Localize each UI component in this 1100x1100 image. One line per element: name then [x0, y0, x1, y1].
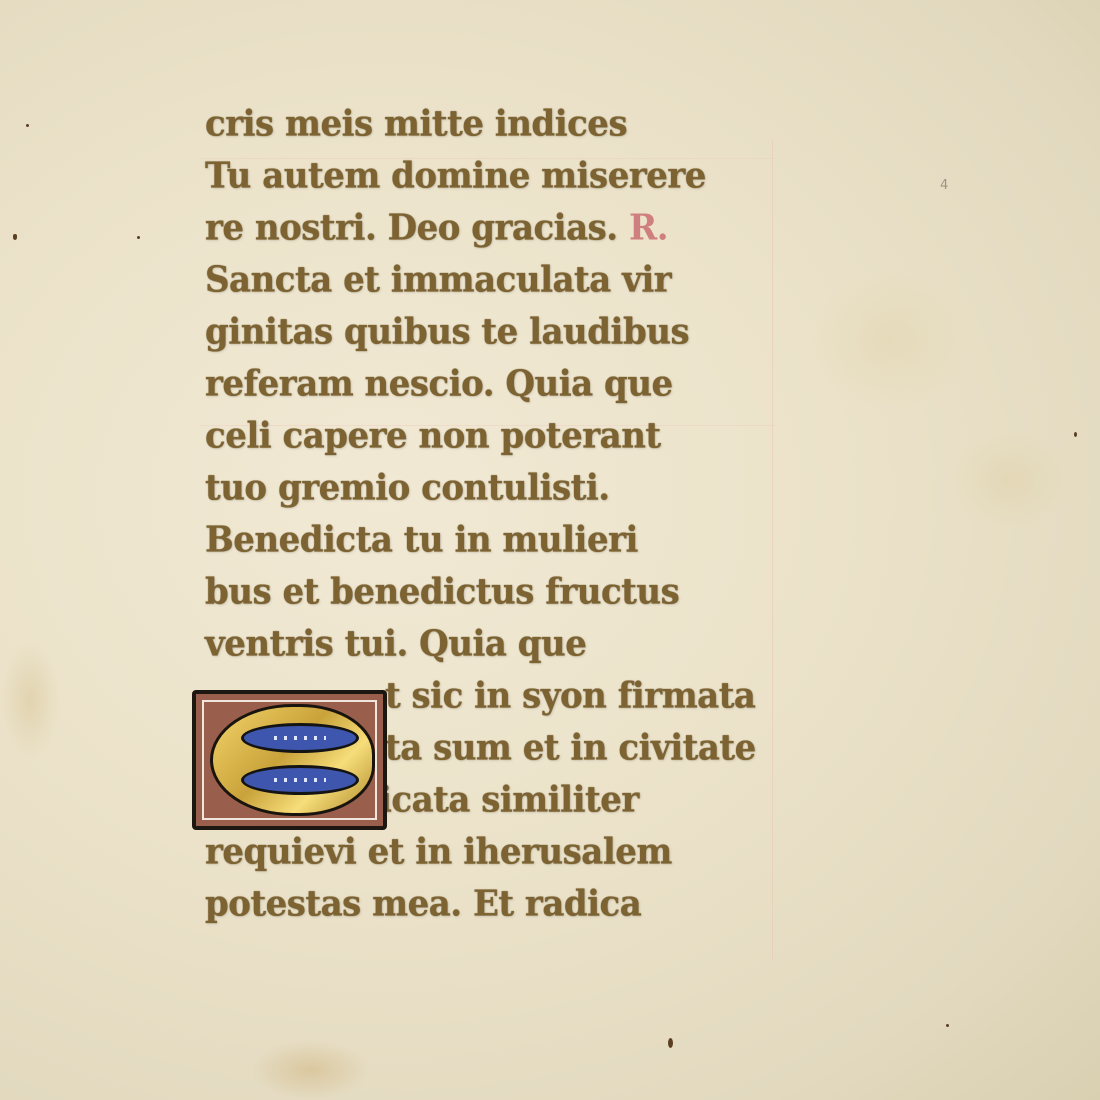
text-line: requievi et in iherusalem: [205, 825, 795, 880]
text-line: bus et benedictus fructus: [205, 565, 795, 620]
speck: [946, 1024, 949, 1027]
text-line: potestas mea. Et radica: [205, 877, 795, 932]
stain: [0, 640, 60, 760]
illuminated-initial-e: [192, 690, 387, 830]
text-line: ginitas quibus te laudibus: [205, 305, 795, 360]
text-line: tuo gremio contulisti.: [205, 461, 795, 516]
stain: [250, 1040, 370, 1100]
text-line: re nostri. Deo gracias. R.: [205, 201, 795, 256]
text-line: referam nescio. Quia que: [205, 357, 795, 412]
speck: [1074, 432, 1077, 437]
text-line: cris meis mitte indices: [205, 97, 795, 152]
text-line: Sancta et immaculata vir: [205, 253, 795, 308]
text-line: celi capere non poterant: [205, 409, 795, 464]
stain: [810, 270, 970, 410]
speck: [26, 124, 29, 127]
gold-letter-e-icon: [210, 704, 375, 816]
speck: [137, 236, 140, 239]
blue-lobe-lower: [241, 765, 359, 795]
manuscript-page: 4 cris meis mitte indices Tu autem domin…: [0, 0, 1100, 1100]
blue-lobe-upper: [241, 723, 359, 753]
text-line: Tu autem domine miserere: [205, 149, 795, 204]
stain: [950, 430, 1070, 530]
rubric-responsory: R.: [629, 207, 668, 249]
text-line: ventris tui. Quia que: [205, 617, 795, 672]
speck: [668, 1038, 673, 1048]
speck: [13, 235, 17, 240]
text-line: Benedicta tu in mulieri: [205, 513, 795, 568]
folio-number: 4: [940, 178, 948, 193]
